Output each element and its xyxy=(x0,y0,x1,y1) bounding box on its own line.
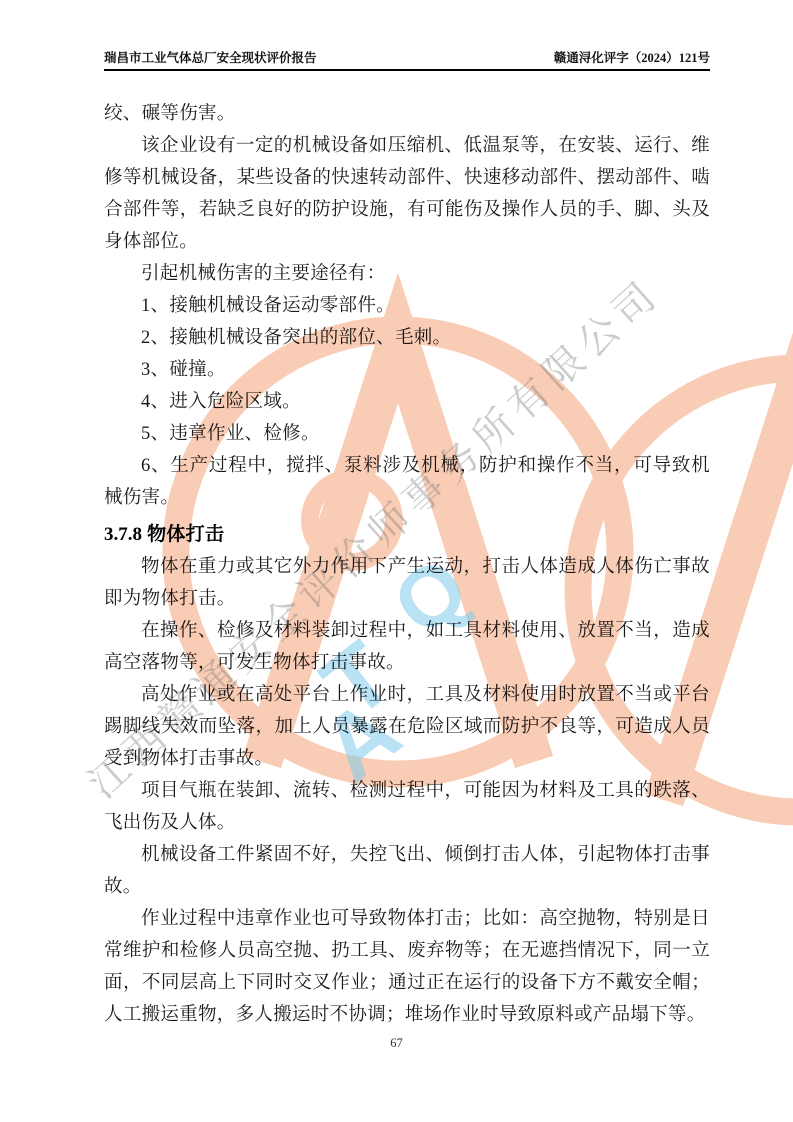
paragraph-high-work: 高处作业或在高处平台上作业时，工具及材料使用时放置不当或平台踢脚线失效而坠落，加… xyxy=(104,679,710,775)
list-item: 4、进入危险区域。 xyxy=(104,386,710,418)
paragraph-equipment: 该企业设有一定的机械设备如压缩机、低温泵等，在安装、运行、维修等机械设备，某些设… xyxy=(104,130,710,258)
list-item: 1、接触机械设备运动零部件。 xyxy=(104,290,710,322)
paragraph-cylinders: 项目气瓶在装卸、流转、检测过程中，可能因为材料及工具的跌落、飞出伤及人体。 xyxy=(104,775,710,839)
paragraph-handling: 在操作、检修及材料装卸过程中，如工具材料使用、放置不当，造成高空落物等，可发生物… xyxy=(104,615,710,679)
page-number: 67 xyxy=(390,1036,403,1050)
paragraph-definition: 物体在重力或其它外力作用下产生运动，打击人体造成人体伤亡事故即为物体打击。 xyxy=(104,551,710,615)
header-report-title: 瑞昌市工业气体总厂安全现状评价报告 xyxy=(104,48,317,66)
paragraph-continuation: 绞、碾等伤害。 xyxy=(104,98,710,130)
section-title: 物体打击 xyxy=(147,524,224,545)
list-item: 5、违章作业、检修。 xyxy=(104,418,710,450)
document-body: 绞、碾等伤害。 该企业设有一定的机械设备如压缩机、低温泵等，在安装、运行、维修等… xyxy=(104,98,710,1031)
section-heading: 3.7.8 物体打击 xyxy=(104,519,710,551)
list-item: 3、碰撞。 xyxy=(104,354,710,386)
paragraph-fastening: 机械设备工件紧固不好，失控飞出、倾倒打击人体，引起物体打击事故。 xyxy=(104,839,710,903)
list-item: 2、接触机械设备突出的部位、毛刺。 xyxy=(104,322,710,354)
page-footer: 67 xyxy=(0,1036,793,1051)
header-document-number: 赣通浔化评字（2024）121号 xyxy=(554,48,710,66)
paragraph-list-intro: 引起机械伤害的主要途径有： xyxy=(104,258,710,290)
list-item: 6、生产过程中，搅拌、泵料涉及机械，防护和操作不当，可导致机械伤害。 xyxy=(104,450,710,514)
paragraph-violations: 作业过程中违章作业也可导致物体打击；比如：高空抛物，特别是日常维护和检修人员高空… xyxy=(104,903,710,1031)
document-page: 瑞昌市工业气体总厂安全现状评价报告 赣通浔化评字（2024）121号 绞、碾等伤… xyxy=(0,0,793,1122)
section-number: 3.7.8 xyxy=(104,524,142,545)
page-header: 瑞昌市工业气体总厂安全现状评价报告 赣通浔化评字（2024）121号 xyxy=(104,48,710,71)
